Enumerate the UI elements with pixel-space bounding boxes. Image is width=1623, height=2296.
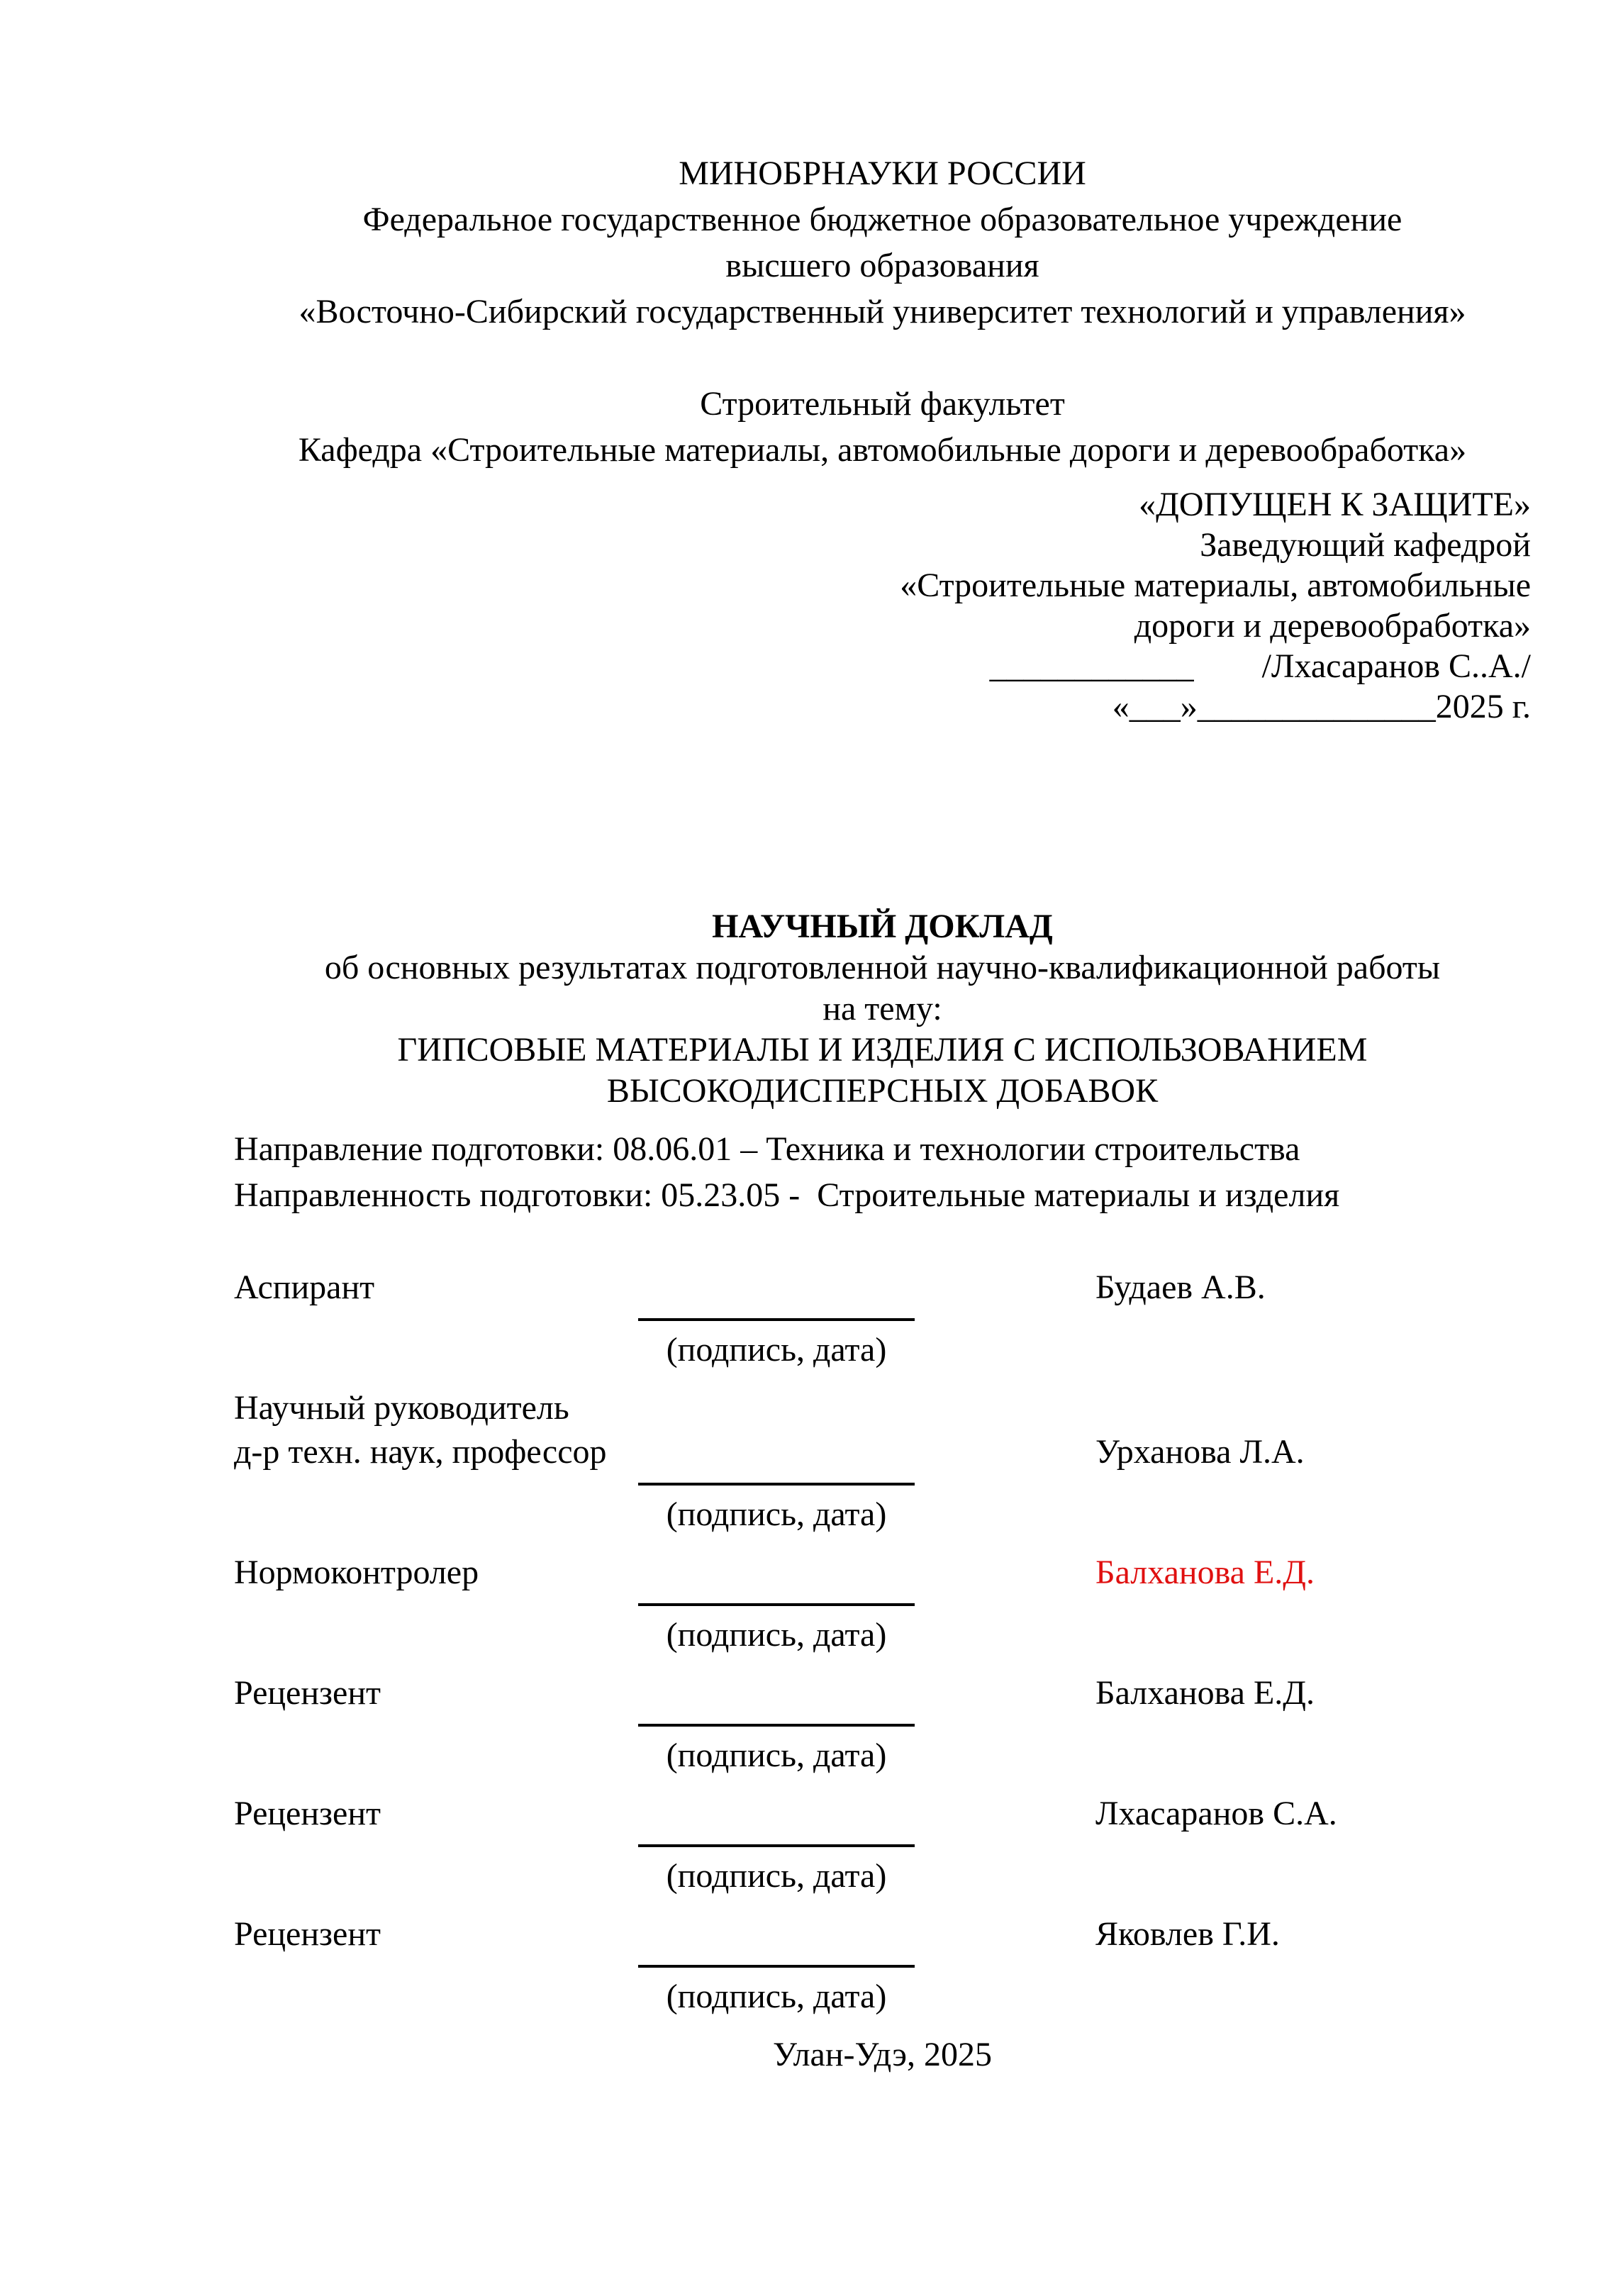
signature-field: (подпись, дата) xyxy=(638,1965,915,1968)
signature-row: Научный руководитель д-р техн. наук, про… xyxy=(234,1386,1531,1474)
topic-line-1: ГИПСОВЫЕ МАТЕРИАЛЫ И ИЗДЕЛИЯ С ИСПОЛЬЗОВ… xyxy=(234,1030,1531,1071)
signature-field: (подпись, дата) xyxy=(638,1483,915,1486)
signature-line xyxy=(638,1724,915,1727)
signature-caption: (подпись, дата) xyxy=(638,1613,915,1657)
university-line: «Восточно-Сибирский государственный унив… xyxy=(234,289,1531,335)
report-title: НАУЧНЫЙ ДОКЛАД xyxy=(234,906,1531,947)
report-subtitle: об основных результатах подготовленной н… xyxy=(234,947,1531,988)
signature-line xyxy=(638,1483,915,1486)
signature-name: Будаев А.В. xyxy=(1095,1266,1266,1310)
topic-line-2: ВЫСОКОДИСПЕРСНЫХ ДОБАВОК xyxy=(234,1071,1531,1112)
signature-row: Рецензент (подпись, дата) Лхасаранов С.А… xyxy=(234,1792,1531,1836)
signature-row: Аспирант (подпись, дата) Будаев А.В. xyxy=(234,1266,1531,1310)
signature-field: (подпись, дата) xyxy=(638,1844,915,1847)
signature-line xyxy=(638,1318,915,1321)
signature-role: Рецензент xyxy=(234,1792,638,1836)
signature-role: Научный руководитель xyxy=(234,1386,638,1430)
topic-label: на тему: xyxy=(234,988,1531,1030)
signature-name: Балханова Е.Д. xyxy=(1095,1551,1315,1595)
ministry-line: МИНОБРНАУКИ РОССИИ xyxy=(234,150,1531,196)
signature-role-label: Аспирант xyxy=(234,1266,638,1310)
signature-role-label: Рецензент xyxy=(234,1671,638,1715)
signature-line xyxy=(638,1603,915,1606)
approval-stamp: «ДОПУЩЕН К ЗАЩИТЕ» xyxy=(234,484,1531,525)
signature-name: Лхасаранов С.А. xyxy=(1095,1792,1337,1836)
program-block: Направление подготовки: 08.06.01 – Техни… xyxy=(234,1126,1531,1218)
faculty-line: Строительный факультет xyxy=(234,381,1531,427)
signature-field: (подпись, дата) xyxy=(638,1603,915,1606)
signature-line xyxy=(638,1965,915,1968)
signature-role: Рецензент xyxy=(234,1671,638,1715)
signature-field: (подпись, дата) xyxy=(638,1724,915,1727)
signature-role-label: Рецензент xyxy=(234,1912,638,1956)
institution-line: Федеральное государственное бюджетное об… xyxy=(234,196,1531,243)
signature-line xyxy=(638,1844,915,1847)
approval-signature-line: ____________ /Лхасаранов С..А./ xyxy=(234,646,1531,686)
signature-rows: Аспирант (подпись, дата) Будаев А.В. Нау… xyxy=(234,1266,1531,1956)
signature-role-qualification: д-р техн. наук, профессор xyxy=(234,1430,638,1474)
head-of-department-label: Заведующий кафедрой xyxy=(234,525,1531,565)
signature-caption: (подпись, дата) xyxy=(638,1493,915,1537)
education-level-line: высшего образования xyxy=(234,243,1531,289)
signature-role: Нормоконтролер xyxy=(234,1551,638,1595)
signature-role: Аспирант xyxy=(234,1266,638,1310)
signature-row: Рецензент (подпись, дата) Балханова Е.Д. xyxy=(234,1671,1531,1715)
signature-row: Нормоконтролер (подпись, дата) Балханова… xyxy=(234,1551,1531,1595)
signature-role: Рецензент xyxy=(234,1912,638,1956)
signature-role-label: Научный руководитель д-р техн. наук, про… xyxy=(234,1386,638,1474)
city-year: Улан-Удэ, 2025 xyxy=(773,2036,992,2073)
signature-caption: (подпись, дата) xyxy=(638,1854,915,1898)
department-line: Кафедра «Строительные материалы, автомоб… xyxy=(234,427,1531,473)
program-direction-line: Направление подготовки: 08.06.01 – Техни… xyxy=(234,1126,1531,1172)
signature-caption: (подпись, дата) xyxy=(638,1328,915,1372)
header-block: МИНОБРНАУКИ РОССИИ Федеральное государст… xyxy=(234,150,1531,473)
signature-row: Рецензент (подпись, дата) Яковлев Г.И. xyxy=(234,1912,1531,1956)
title-block: НАУЧНЫЙ ДОКЛАД об основных результатах п… xyxy=(234,906,1531,1112)
signature-caption: (подпись, дата) xyxy=(638,1734,915,1778)
signature-name: Балханова Е.Д. xyxy=(1095,1671,1315,1715)
signature-field: (подпись, дата) xyxy=(638,1318,915,1321)
signature-role-label: Рецензент xyxy=(234,1792,638,1836)
signature-caption: (подпись, дата) xyxy=(638,1975,915,2019)
signature-name: Урханова Л.А. xyxy=(1095,1430,1305,1474)
approval-block: «ДОПУЩЕН К ЗАЩИТЕ» Заведующий кафедрой «… xyxy=(234,484,1531,727)
footer-block: Улан-Удэ, 2025 xyxy=(234,2033,1531,2077)
program-specialty-line: Направленность подготовки: 05.23.05 - Ст… xyxy=(234,1172,1531,1218)
document-page: МИНОБРНАУКИ РОССИИ Федеральное государст… xyxy=(0,0,1623,2296)
approval-date-line: «___»______________2025 г. xyxy=(234,686,1531,727)
approval-department-line-1: «Строительные материалы, автомобильные xyxy=(234,565,1531,606)
signature-role-label: Нормоконтролер xyxy=(234,1551,638,1595)
signature-name: Яковлев Г.И. xyxy=(1095,1912,1280,1956)
approval-department-line-2: дороги и деревообработка» xyxy=(234,606,1531,646)
